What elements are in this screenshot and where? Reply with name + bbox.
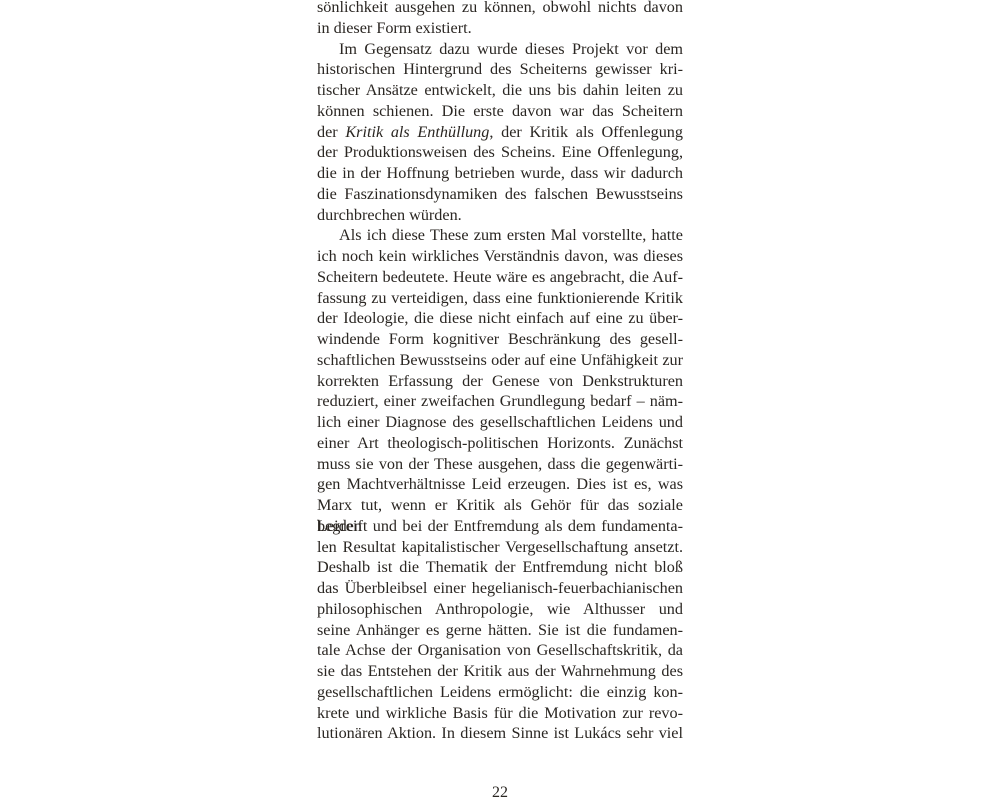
text-segment: sie das Entstehen der Kritik aus der Wah… xyxy=(317,662,683,680)
text-line: Im Gegensatz dazu wurde dieses Projekt v… xyxy=(317,39,683,60)
text-line: reduziert, einer zweifachen Grundlegung … xyxy=(317,391,683,412)
paragraph: sönlichkeit ausgehen zu können, obwohl n… xyxy=(317,0,683,39)
text-segment: die in der Hoffnung betrieben wurde, das… xyxy=(317,164,683,182)
text-line: fassung zu verteidigen, dass eine funkti… xyxy=(317,288,683,309)
text-segment: korrekten Erfassung der Genese von Denks… xyxy=(317,372,683,390)
text-segment: begreift und bei der Entfremdung als dem… xyxy=(317,517,683,535)
text-segment: gesellschaftlichen Leidens ermöglicht: d… xyxy=(317,683,683,701)
text-segment: lutionären Aktion. In diesem Sinne ist L… xyxy=(317,724,683,742)
text-segment: ich noch kein wirkliches Verständnis dav… xyxy=(317,247,683,265)
text-line: begreift und bei der Entfremdung als dem… xyxy=(317,516,683,537)
text-line: gen Machtverhältnisse Leid erzeugen. Die… xyxy=(317,474,683,495)
text-segment: können schienen. Die erste davon war das… xyxy=(317,102,683,120)
text-line: tale Achse der Organisation von Gesellsc… xyxy=(317,640,683,661)
text-line: Marx tut, wenn er Kritik als Gehör für d… xyxy=(317,495,683,516)
text-segment: , der Kritik als Offenlegung xyxy=(489,123,683,141)
text-segment: einer Art theologisch-politischen Horizo… xyxy=(317,434,683,452)
text-line: windende Form kognitiver Beschränkung de… xyxy=(317,329,683,350)
text-segment: durchbrechen würden. xyxy=(317,206,462,224)
text-line: können schienen. Die erste davon war das… xyxy=(317,101,683,122)
text-line: krete und wirkliche Basis für die Motiva… xyxy=(317,703,683,724)
text-segment: tischer Ansätze entwickelt, die uns bis … xyxy=(317,81,683,99)
body-text: sönlichkeit ausgehen zu können, obwohl n… xyxy=(317,0,683,744)
text-segment: reduziert, einer zweifachen Grundlegung … xyxy=(317,392,683,410)
text-line: historischen Hintergrund des Scheiterns … xyxy=(317,59,683,80)
text-segment: der Ideologie, die diese nicht einfach a… xyxy=(317,309,683,327)
text-segment: krete und wirkliche Basis für die Motiva… xyxy=(317,704,683,722)
text-line-content: lutionären Aktion. In diesem Sinne ist L… xyxy=(317,724,683,763)
paragraph: Als ich diese These zum ersten Mal vorst… xyxy=(317,225,683,744)
text-segment: lich einer Diagnose des gesellschaftlich… xyxy=(317,413,683,431)
book-page: sönlichkeit ausgehen zu können, obwohl n… xyxy=(0,0,1000,800)
text-segment: Deshalb ist die Thematik der Entfremdung… xyxy=(317,558,683,576)
page-number: 22 xyxy=(0,784,1000,800)
text-line: Deshalb ist die Thematik der Entfremdung… xyxy=(317,557,683,578)
text-line: lutionären Aktion. In diesem Sinne ist L… xyxy=(317,723,683,744)
text-segment: in dieser Form existiert. xyxy=(317,19,472,37)
text-segment: die Faszinationsdynamiken des falschen B… xyxy=(317,185,683,203)
text-segment: das Überbleibsel einer hegelianisch-feue… xyxy=(317,579,683,597)
italic-phrase: Kritik als Enthüllung xyxy=(345,123,489,141)
text-segment: philosophischen Anthropologie, wie Althu… xyxy=(317,600,683,618)
text-line: das Überbleibsel einer hegelianisch-feue… xyxy=(317,578,683,599)
text-line: tischer Ansätze entwickelt, die uns bis … xyxy=(317,80,683,101)
text-segment: tale Achse der Organisation von Gesellsc… xyxy=(317,641,683,659)
text-line: muss sie von der These ausgehen, dass di… xyxy=(317,454,683,475)
paragraph: Im Gegensatz dazu wurde dieses Projekt v… xyxy=(317,39,683,226)
text-segment: historischen Hintergrund des Scheiterns … xyxy=(317,60,683,78)
text-segment: Im Gegensatz dazu wurde dieses Projekt v… xyxy=(339,40,683,58)
text-line: seine Anhänger es gerne hätten. Sie ist … xyxy=(317,620,683,641)
text-line: ich noch kein wirkliches Verständnis dav… xyxy=(317,246,683,267)
text-segment: Als ich diese These zum ersten Mal vorst… xyxy=(339,226,683,244)
text-line-content: in dieser Form existiert. xyxy=(317,19,472,37)
text-segment: schaftlichen Bewusstseins oder auf eine … xyxy=(317,351,683,369)
text-line: lich einer Diagnose des gesellschaftlich… xyxy=(317,412,683,433)
text-line: der Ideologie, die diese nicht einfach a… xyxy=(317,308,683,329)
text-segment: seine Anhänger es gerne hätten. Sie ist … xyxy=(317,621,683,639)
text-segment: fassung zu verteidigen, dass eine funkti… xyxy=(317,289,683,307)
text-line: philosophischen Anthropologie, wie Althu… xyxy=(317,599,683,620)
text-line: sönlichkeit ausgehen zu können, obwohl n… xyxy=(317,0,683,18)
text-line: die in der Hoffnung betrieben wurde, das… xyxy=(317,163,683,184)
text-segment: len Resultat kapitalistischer Vergesells… xyxy=(317,538,683,556)
text-segment: gen Machtverhältnisse Leid erzeugen. Die… xyxy=(317,475,683,493)
text-line: der Produktionsweisen des Scheins. Eine … xyxy=(317,142,683,163)
text-line: schaftlichen Bewusstseins oder auf eine … xyxy=(317,350,683,371)
text-segment: Scheitern bedeutete. Heute wäre es angeb… xyxy=(317,268,683,286)
text-segment: der Produktionsweisen des Scheins. Eine … xyxy=(317,143,683,161)
text-line: korrekten Erfassung der Genese von Denks… xyxy=(317,371,683,392)
text-segment: der xyxy=(317,123,345,141)
text-line: Scheitern bedeutete. Heute wäre es angeb… xyxy=(317,267,683,288)
text-line: gesellschaftlichen Leidens ermöglicht: d… xyxy=(317,682,683,703)
text-line-content: durchbrechen würden. xyxy=(317,206,462,224)
text-segment: sönlichkeit ausgehen zu können, obwohl n… xyxy=(317,0,683,16)
text-line: die Faszinationsdynamiken des falschen B… xyxy=(317,184,683,205)
text-segment: muss sie von der These ausgehen, dass di… xyxy=(317,455,683,473)
text-segment: windende Form kognitiver Beschränkung de… xyxy=(317,330,683,348)
text-line: der Kritik als Enthüllung, der Kritik al… xyxy=(317,122,683,143)
text-line: Als ich diese These zum ersten Mal vorst… xyxy=(317,225,683,246)
text-line: einer Art theologisch-politischen Horizo… xyxy=(317,433,683,454)
text-line: len Resultat kapitalistischer Vergesells… xyxy=(317,537,683,558)
text-line: sie das Entstehen der Kritik aus der Wah… xyxy=(317,661,683,682)
